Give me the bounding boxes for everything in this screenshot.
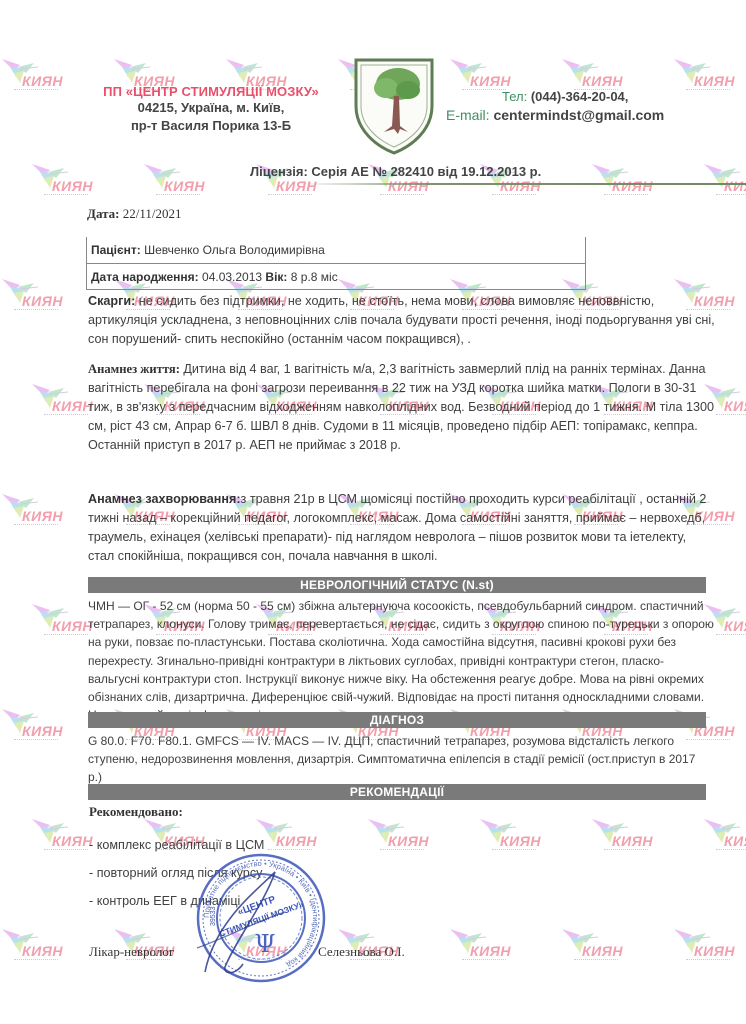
patient-info-box: Пацієнт: Шевченко Ольга Володимирівна Да… xyxy=(86,237,586,290)
doctor-name: Селезньова О.І. xyxy=(318,944,405,960)
recommended-title: Рекомендовано: xyxy=(89,804,183,820)
age-value: 8 р.8 міс xyxy=(291,270,338,284)
life-anamnesis-section: Анамнез життя: Дитина від 4 ваг, 1 вагіт… xyxy=(88,360,718,455)
doctor-role: Лікар-невролог xyxy=(89,944,174,960)
disease-anamnesis-label: Анамнез захворювання: xyxy=(88,492,241,506)
contact-block: Тел: (044)-364-20-04, E-mail: centermind… xyxy=(446,88,706,124)
svg-text:Ψ: Ψ xyxy=(254,930,275,958)
address-line-2: пр-т Василя Порика 13-Б xyxy=(100,117,322,135)
dob-value: 04.03.2013 xyxy=(202,270,262,284)
email-row: E-mail: centermindst@gmail.com xyxy=(446,106,706,124)
neuro-status-heading: НЕВРОЛОГІЧНИЙ СТАТУС (N.st) xyxy=(88,577,706,593)
recommendation-item: - комплекс реабілітації в ЦСМ xyxy=(89,838,264,852)
phone-row: Тел: (044)-364-20-04, xyxy=(446,88,706,106)
phone-value: (044)-364-20-04, xyxy=(531,89,629,104)
official-stamp-icon: Приватне підприємство • Україна • Київ •… xyxy=(195,852,327,984)
phone-label: Тел: xyxy=(502,89,527,104)
tree-shield-logo-icon xyxy=(350,56,438,156)
email-label: E-mail: xyxy=(446,107,490,123)
diagnosis-heading: ДІАГНОЗ xyxy=(88,712,706,728)
neuro-status-text: ЧМН — ОГ - 52 см (норма 50 - 55 см) збіж… xyxy=(88,597,714,724)
patient-name-label: Пацієнт: xyxy=(91,243,141,257)
email-value: centermindst@gmail.com xyxy=(493,107,664,123)
report-date: Дата: 22/11/2021 xyxy=(87,206,181,222)
date-value: 22/11/2021 xyxy=(123,206,182,221)
patient-name-row: Пацієнт: Шевченко Ольга Володимирівна xyxy=(87,237,585,263)
age-label: Вік: xyxy=(265,270,287,284)
life-anamnesis-text: Дитина від 4 ваг, 1 вагітність м/а, 2,3 … xyxy=(88,362,714,452)
disease-anamnesis-section: Анамнез захворювання:з травня 21р в ЦСМ … xyxy=(88,490,713,566)
address-line-1: 04215, Україна, м. Київ, xyxy=(100,99,322,117)
date-label: Дата: xyxy=(87,206,119,221)
life-anamnesis-label: Анамнез життя: xyxy=(88,362,180,376)
organization-block: ПП «ЦЕНТР СТИМУЛЯЦІЇ МОЗКУ» 04215, Украї… xyxy=(100,84,322,135)
dob-label: Дата народження: xyxy=(91,270,199,284)
complaints-section: Скарги: не сидить без підтримки, не ходи… xyxy=(88,292,718,349)
complaints-label: Скарги: xyxy=(88,294,135,308)
license-text: Ліцензія: Серія АЕ № 282410 від 19.12.20… xyxy=(250,164,541,179)
medical-report-page: ПП «ЦЕНТР СТИМУЛЯЦІЇ МОЗКУ» 04215, Украї… xyxy=(0,0,746,1024)
complaints-text: не сидить без підтримки, не ходить, не с… xyxy=(88,294,715,346)
patient-name-value: Шевченко Ольга Володимирівна xyxy=(144,243,325,257)
patient-dob-row: Дата народження: 04.03.2013 Вік: 8 р.8 м… xyxy=(87,263,585,289)
diagnosis-text: G 80.0. F70. F80.1. GMFCS — IV. MACS — I… xyxy=(88,732,708,786)
svg-text:39533: 39533 xyxy=(210,906,217,926)
header-divider xyxy=(300,183,746,185)
recommendations-heading: РЕКОМЕНДАЦІЇ xyxy=(88,784,706,800)
organization-name: ПП «ЦЕНТР СТИМУЛЯЦІЇ МОЗКУ» xyxy=(100,84,322,99)
